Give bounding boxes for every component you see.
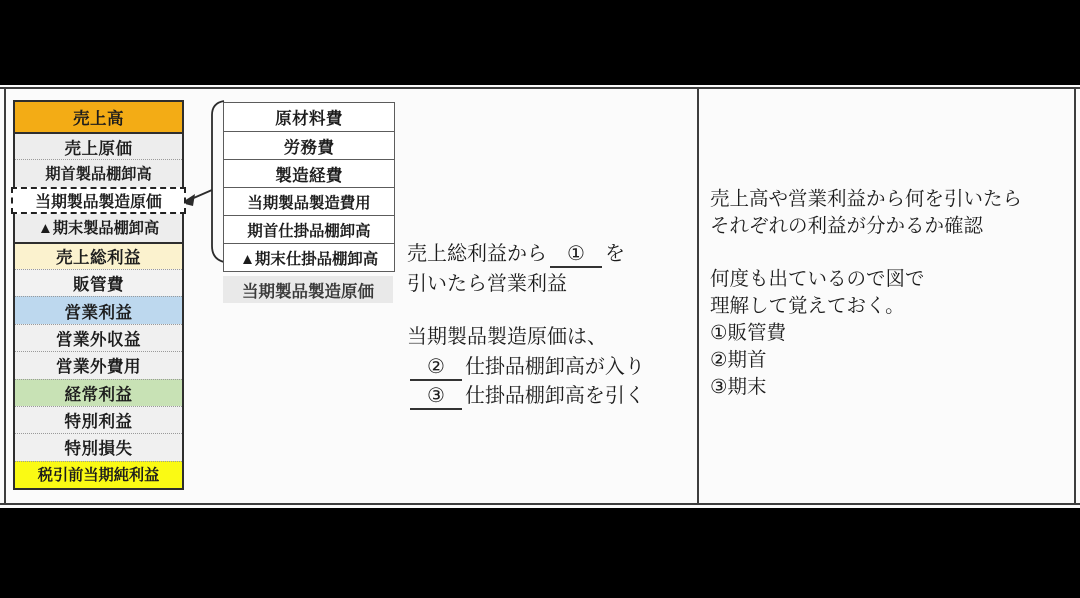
note-answer-3: ③期末 (710, 374, 1068, 401)
note-line-4: 理解して覚えておく。 (710, 293, 1068, 320)
pl-row-sales: 売上高 (15, 102, 182, 132)
mid-note-line2: 引いたら営業利益 (407, 270, 697, 300)
table-bottom-border (0, 503, 1080, 505)
fill-in-blank-1: ① (550, 242, 602, 268)
cost-result-row: 当期製品製造原価 (223, 276, 393, 303)
table-right-border (1074, 87, 1076, 504)
mid-note-line1-pre: 売上総利益から (407, 243, 547, 265)
mid-note-line5-text: 仕掛品棚卸高を引く (465, 385, 645, 407)
pl-row-operating-profit: 営業利益 (15, 296, 182, 323)
pl-row-pretax-profit: 税引前当期純利益 (15, 461, 182, 488)
note-line-1: 売上高や営業利益から何を引いたら (710, 186, 1068, 213)
cost-row-total-mfg-cost: 当期製品製造費用 (224, 187, 394, 215)
note-answer-2: ②期首 (710, 347, 1068, 374)
mid-note-line1: 売上総利益から①を (407, 240, 697, 270)
table-cell-divider (697, 87, 699, 504)
mid-note-line4-text: 仕掛品棚卸高が入り (465, 356, 645, 378)
cost-row-ending-wip: ▲期末仕掛品棚卸高 (224, 243, 394, 271)
pl-row-ending-inventory: ▲期末製品棚卸高 (15, 214, 182, 241)
pl-row-gross-profit: 売上総利益 (15, 242, 182, 269)
pl-statement-column: 売上高 売上原価 期首製品棚卸高 当期製品製造原価 ▲期末製品棚卸高 売上総利益… (13, 100, 184, 490)
table-top-border (0, 87, 1080, 89)
mid-note-line1-post: を (605, 243, 625, 265)
pl-row-extraordinary-loss: 特別損失 (15, 433, 182, 460)
pl-row-non-operating-expenses: 営業外費用 (15, 351, 182, 378)
letterbox-bottom (0, 508, 1080, 598)
pl-row-extraordinary-income: 特別利益 (15, 406, 182, 433)
manufacturing-cost-box: 原材料費 労務費 製造経費 当期製品製造費用 期首仕掛品棚卸高 ▲期末仕掛品棚卸… (223, 102, 395, 272)
pl-row-cost-of-goods-manufactured: 当期製品製造原価 (11, 187, 186, 214)
mid-note-line5: ③仕掛品棚卸高を引く (407, 382, 697, 412)
cost-row-raw-materials: 原材料費 (224, 103, 394, 131)
mid-notes: 売上総利益から①を 引いたら営業利益 当期製品製造原価は、 ②仕掛品棚卸高が入り… (407, 240, 697, 412)
fill-in-blank-2: ② (410, 355, 462, 381)
note-answer-1: ①販管費 (710, 320, 1068, 347)
note-line-3: 何度も出ているので図で (710, 266, 1068, 293)
letterbox-top (0, 0, 1080, 85)
notes-panel: 売上高や営業利益から何を引いたら それぞれの利益が分かるか確認 何度も出ているの… (710, 186, 1068, 401)
mid-note-line3: 当期製品製造原価は、 (407, 323, 697, 353)
pl-row-beginning-inventory: 期首製品棚卸高 (15, 159, 182, 186)
table-left-border (4, 87, 6, 504)
cost-row-labor: 労務費 (224, 131, 394, 159)
screenshot-root: 売上高 売上原価 期首製品棚卸高 当期製品製造原価 ▲期末製品棚卸高 売上総利益… (0, 0, 1080, 598)
cost-row-beginning-wip: 期首仕掛品棚卸高 (224, 215, 394, 243)
pl-row-sga-expenses: 販管費 (15, 269, 182, 296)
fill-in-blank-3: ③ (410, 384, 462, 410)
note-line-2: それぞれの利益が分かるか確認 (710, 213, 1068, 240)
cost-row-overhead: 製造経費 (224, 159, 394, 187)
mid-note-line4: ②仕掛品棚卸高が入り (407, 353, 697, 383)
pl-row-ordinary-profit: 経常利益 (15, 379, 182, 406)
pl-row-non-operating-income: 営業外収益 (15, 324, 182, 351)
pl-row-cost-of-sales: 売上原価 (15, 132, 182, 159)
